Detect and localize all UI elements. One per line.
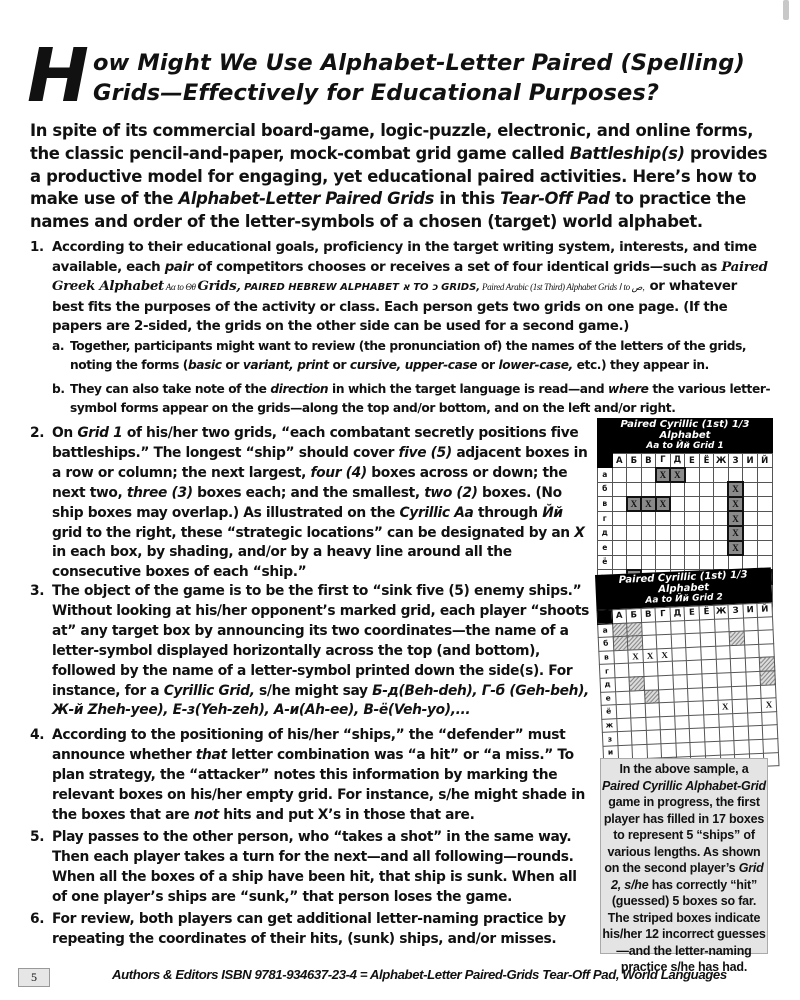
- grid-cell[interactable]: [715, 632, 730, 646]
- column-header: Й: [757, 603, 772, 617]
- column-header: Й: [757, 454, 772, 468]
- grid-cell[interactable]: [685, 620, 700, 634]
- grid-cell[interactable]: X: [728, 526, 743, 541]
- grid-cell[interactable]: [685, 555, 700, 570]
- row-header: е: [601, 691, 616, 705]
- step-text: of competitors chooses or receives a set…: [193, 260, 721, 275]
- step-text: Play passes to the other person, who “ta…: [52, 829, 577, 905]
- grid-cell[interactable]: [699, 555, 714, 570]
- grid-cell[interactable]: [627, 482, 642, 497]
- row-header: з: [602, 732, 617, 746]
- grid-cell[interactable]: [641, 555, 656, 570]
- step-text: or: [329, 358, 350, 372]
- grid-cell[interactable]: [627, 526, 642, 541]
- grid-cell[interactable]: [688, 687, 703, 701]
- row-header: г: [598, 511, 613, 526]
- grid-cell[interactable]: [763, 739, 778, 753]
- grid-cell[interactable]: [704, 714, 719, 728]
- grid-cell[interactable]: [730, 645, 745, 659]
- grid-1-header: Paired Cyrillic (1st) 1/3 Alphabet Аа to…: [597, 418, 773, 453]
- grid-cell[interactable]: [690, 728, 705, 742]
- grid-cell[interactable]: [685, 511, 700, 526]
- emphasis: Grid 1: [77, 425, 122, 441]
- emphasis: five (5): [399, 445, 452, 461]
- grid-cell[interactable]: [763, 725, 778, 739]
- arabic-grid-name: Paired Arabic (1st Third) Alphabet Grids…: [480, 282, 645, 292]
- grid-cell[interactable]: [612, 497, 627, 512]
- step-1a: a. Together, participants might want to …: [52, 337, 772, 375]
- grid-cell[interactable]: [613, 650, 628, 664]
- emphasis: not: [194, 807, 219, 823]
- grid-cell[interactable]: [686, 633, 701, 647]
- grid-cell[interactable]: [687, 660, 702, 674]
- grid-cell[interactable]: [734, 740, 749, 754]
- column-header: В: [641, 608, 656, 622]
- grid-cell[interactable]: X: [728, 482, 743, 497]
- grid-cell[interactable]: [672, 661, 687, 675]
- grid-cell[interactable]: [743, 468, 758, 483]
- grid-cell[interactable]: [630, 690, 645, 704]
- step-1b: b. They can also take note of the direct…: [52, 380, 772, 418]
- emphasis: two (2): [424, 485, 477, 501]
- step-1: 1. According to their educational goals,…: [30, 238, 770, 337]
- step-text: The object of the game is to be the firs…: [52, 583, 589, 699]
- grid-cell[interactable]: [703, 700, 718, 714]
- row-header: д: [600, 678, 615, 692]
- step-text: through: [474, 505, 543, 521]
- step-text: in each box, by shading, and/or by a hea…: [52, 544, 512, 580]
- grid-cell[interactable]: [743, 526, 758, 541]
- grid-cell[interactable]: [656, 621, 671, 635]
- grid-cell[interactable]: [656, 541, 671, 556]
- sample-caption-box: In the above sample, a Paired Cyrillic A…: [600, 758, 768, 954]
- grid-cell[interactable]: [672, 647, 687, 661]
- grid-cell[interactable]: [641, 468, 656, 483]
- grid-cell[interactable]: [612, 468, 627, 483]
- grid-cell[interactable]: [673, 688, 688, 702]
- grid-cell[interactable]: [615, 677, 630, 691]
- grid-cell[interactable]: [757, 497, 772, 512]
- grid-cell[interactable]: [675, 729, 690, 743]
- step-number: b.: [52, 380, 65, 399]
- grid-cell[interactable]: X: [728, 497, 743, 512]
- grid-cell[interactable]: [761, 684, 776, 698]
- grid-cell[interactable]: [757, 541, 772, 556]
- emphasis: three (3): [127, 485, 193, 501]
- grid-cell[interactable]: [616, 704, 631, 718]
- grid-cell[interactable]: [757, 526, 772, 541]
- grid-cell[interactable]: X: [643, 649, 658, 663]
- grid-cell[interactable]: [733, 726, 748, 740]
- grid-cell[interactable]: [732, 686, 747, 700]
- column-header: Ж: [714, 454, 729, 468]
- step-number: 2.: [30, 424, 44, 444]
- step-6: 6. For review, both players can get addi…: [30, 910, 590, 950]
- column-header: Г: [656, 454, 671, 468]
- step-3: 3. The object of the game is to be the f…: [30, 582, 590, 721]
- grid-cell[interactable]: [612, 482, 627, 497]
- grid-cell[interactable]: [641, 511, 656, 526]
- caption-emphasis: Paired Cyrillic Alphabet-Grid: [602, 779, 766, 793]
- grid-cell[interactable]: [714, 497, 729, 512]
- row-header: ё: [601, 705, 616, 719]
- emphasis: four (4): [311, 465, 367, 481]
- step-text: hits and put X’s in those that are.: [219, 807, 475, 823]
- grid-cell[interactable]: [758, 630, 773, 644]
- emphasis: Йй: [542, 505, 563, 521]
- grid-cell[interactable]: [718, 713, 733, 727]
- pad-name-term: Tear-Off Pad: [500, 189, 610, 208]
- caption-text: In the above sample, a: [620, 762, 749, 776]
- column-header: Е: [685, 454, 700, 468]
- column-header: Ё: [699, 454, 714, 468]
- grid-cell[interactable]: [743, 541, 758, 556]
- step-text: s/he might say: [255, 683, 373, 699]
- grid-cell[interactable]: X: [628, 649, 643, 663]
- column-header: Е: [684, 606, 699, 620]
- column-header: Б: [627, 454, 642, 468]
- grid-cell[interactable]: [612, 511, 627, 526]
- grid-cell[interactable]: [661, 729, 676, 743]
- grid-cell[interactable]: [644, 676, 659, 690]
- grid-cell[interactable]: [629, 663, 644, 677]
- emphasis: basic: [188, 358, 222, 372]
- grid-cell[interactable]: [704, 728, 719, 742]
- grid-cell[interactable]: [690, 742, 705, 756]
- scrollbar-thumb[interactable]: [783, 0, 789, 20]
- column-header: В: [641, 454, 656, 468]
- emphasis: where: [608, 382, 648, 396]
- grid-cell[interactable]: [612, 623, 627, 637]
- grid-cell[interactable]: [714, 511, 729, 526]
- drop-cap: H: [27, 36, 89, 116]
- grid-cell[interactable]: [699, 511, 714, 526]
- grid-cell[interactable]: [762, 711, 777, 725]
- row-header: б: [598, 637, 613, 651]
- grid-cell[interactable]: [641, 482, 656, 497]
- grid-cell[interactable]: [631, 717, 646, 731]
- grid-cell[interactable]: [613, 636, 628, 650]
- grid-cell[interactable]: [642, 635, 657, 649]
- grid-cell[interactable]: [757, 511, 772, 526]
- grid-cell[interactable]: [670, 620, 685, 634]
- column-header: И: [743, 603, 758, 617]
- grid-cell[interactable]: X: [728, 541, 743, 556]
- column-header: Б: [626, 609, 641, 623]
- grid-cell[interactable]: [670, 541, 685, 556]
- grid-subtitle: Аа to Йй Grid 1: [597, 441, 773, 452]
- intro-text: in this: [434, 189, 500, 208]
- grid-cell[interactable]: [715, 645, 730, 659]
- grid-cell[interactable]: [661, 743, 676, 757]
- grid-cell[interactable]: [757, 468, 772, 483]
- row-header: д: [598, 526, 613, 541]
- grid-cell[interactable]: [717, 673, 732, 687]
- step-text: or: [477, 358, 498, 372]
- row-header: ж: [602, 718, 617, 732]
- grid-cell[interactable]: [719, 741, 734, 755]
- grid-cell[interactable]: [714, 618, 729, 632]
- title-line-2: Grids—Effectively for Educational Purpos…: [93, 80, 659, 106]
- grid-cell[interactable]: [659, 702, 674, 716]
- grid-cell[interactable]: [658, 675, 673, 689]
- grid-cell[interactable]: [659, 689, 674, 703]
- grid-cell[interactable]: [746, 671, 761, 685]
- grid-cell[interactable]: [645, 717, 660, 731]
- grid-cell[interactable]: [714, 526, 729, 541]
- grid-cell[interactable]: [689, 715, 704, 729]
- grid-cell[interactable]: [670, 555, 685, 570]
- grid-cell[interactable]: [632, 744, 647, 758]
- grid-cell[interactable]: [699, 482, 714, 497]
- grid-cell[interactable]: [744, 631, 759, 645]
- grid-cell[interactable]: [730, 658, 745, 672]
- emphasis: cursive, upper-case: [350, 358, 477, 372]
- grid-cell[interactable]: [700, 633, 715, 647]
- grid-cell[interactable]: [744, 644, 759, 658]
- step-5: 5. Play passes to the other person, who …: [30, 828, 590, 908]
- grid-cell[interactable]: [641, 526, 656, 541]
- battleship-term: Battleship(s): [570, 144, 685, 163]
- column-header: Д: [670, 454, 685, 468]
- grid-cell[interactable]: X: [627, 497, 642, 512]
- grid-cell[interactable]: [687, 674, 702, 688]
- grid-cell[interactable]: [627, 555, 642, 570]
- grid-title: Paired Cyrillic (1st) 1/3 Alphabet: [597, 419, 773, 441]
- grid-cell[interactable]: [745, 658, 760, 672]
- emphasis: Cyrillic Grid,: [164, 683, 255, 699]
- grid-cell[interactable]: [674, 702, 689, 716]
- column-header: З: [728, 454, 743, 468]
- grid-2-table: АБВГДЕЁЖЗИЙабвXXXгдеёXXжзий: [597, 602, 780, 774]
- grid-cell[interactable]: [705, 741, 720, 755]
- grid-cell[interactable]: [719, 727, 734, 741]
- grid-cell[interactable]: [614, 663, 629, 677]
- grid-cell[interactable]: [728, 468, 743, 483]
- step-number: a.: [52, 337, 64, 356]
- grid-cell[interactable]: [656, 555, 671, 570]
- step-text: grid to the right, these “strategic loca…: [52, 525, 574, 541]
- footer-citation: Authors & Editors ISBN 9781-934637-23-4 …: [112, 967, 727, 982]
- grid-cell[interactable]: [630, 704, 645, 718]
- step-number: 6.: [30, 910, 44, 930]
- grid-cell[interactable]: [644, 689, 659, 703]
- column-header: Ж: [714, 605, 729, 619]
- grid-cell[interactable]: [716, 659, 731, 673]
- grid-cell[interactable]: [641, 541, 656, 556]
- grid-cell[interactable]: [617, 731, 632, 745]
- grid-cell[interactable]: [699, 541, 714, 556]
- step-text: boxes each; and the smallest,: [193, 485, 425, 501]
- grid-cell[interactable]: [743, 482, 758, 497]
- grid-cell[interactable]: [641, 621, 656, 635]
- grid-cell[interactable]: [699, 526, 714, 541]
- grid-2: Paired Cyrillic (1st) 1/3 Alphabet Аа to…: [595, 567, 780, 774]
- grid-cell[interactable]: [760, 671, 775, 685]
- grid-cell[interactable]: [673, 675, 688, 689]
- grid-cell[interactable]: [685, 541, 700, 556]
- grid-cell[interactable]: [733, 713, 748, 727]
- grid-cell[interactable]: [612, 555, 627, 570]
- grid-cell[interactable]: [731, 672, 746, 686]
- step-number: 5.: [30, 828, 44, 848]
- greek-grids-label: Grids,: [198, 278, 241, 294]
- grid-cell[interactable]: [729, 631, 744, 645]
- column-header: З: [728, 604, 743, 618]
- grid-cell[interactable]: [645, 703, 660, 717]
- grid-cell[interactable]: [643, 662, 658, 676]
- grid-cell[interactable]: [658, 662, 673, 676]
- grid-cell[interactable]: [717, 686, 732, 700]
- emphasis: lower-case,: [498, 358, 572, 372]
- greek-range: Αα to Θθ: [164, 282, 198, 292]
- step-4: 4. According to the positioning of his/h…: [30, 726, 590, 826]
- grid-cell[interactable]: [675, 715, 690, 729]
- grid-cell[interactable]: [689, 701, 704, 715]
- grid-cell[interactable]: [703, 687, 718, 701]
- row-header: а: [598, 468, 613, 483]
- step-text: etc.) they appear in.: [573, 358, 709, 372]
- grid-cell[interactable]: [670, 497, 685, 512]
- grid-cell[interactable]: [615, 691, 630, 705]
- column-header: И: [743, 454, 758, 468]
- grid-cell[interactable]: [729, 618, 744, 632]
- grid-cell[interactable]: X: [656, 468, 671, 483]
- page-title: H ow Might We Use Alphabet-Letter Paired…: [27, 40, 767, 120]
- grid-cell[interactable]: [670, 511, 685, 526]
- grid-cell[interactable]: [699, 497, 714, 512]
- grid-cell[interactable]: [685, 482, 700, 497]
- grid-cell[interactable]: [747, 712, 762, 726]
- page-number: 5: [18, 968, 50, 987]
- emphasis: that: [196, 747, 227, 763]
- emphasis: variant, print: [243, 358, 329, 372]
- grid-cell[interactable]: [656, 511, 671, 526]
- column-header: Г: [655, 607, 670, 621]
- column-header: Д: [670, 607, 685, 621]
- column-header: А: [612, 454, 627, 468]
- grid-cell[interactable]: [685, 497, 700, 512]
- grid-cell[interactable]: [656, 526, 671, 541]
- grid-cell[interactable]: [747, 699, 762, 713]
- grid-cell[interactable]: [743, 511, 758, 526]
- emphasis: Cyrillic Аа: [400, 505, 474, 521]
- step-text: They can also take note of the: [70, 382, 270, 396]
- step-text: in which the target language is read—and: [328, 382, 608, 396]
- grid-cell[interactable]: [647, 744, 662, 758]
- grid-cell[interactable]: X: [761, 698, 776, 712]
- grid-cell[interactable]: [646, 730, 661, 744]
- grid-cell[interactable]: [685, 468, 700, 483]
- row-header: б: [598, 482, 613, 497]
- grid-cell[interactable]: [749, 739, 764, 753]
- grid-cell[interactable]: [728, 555, 743, 570]
- grid-cell[interactable]: [629, 676, 644, 690]
- grid-cell[interactable]: [714, 468, 729, 483]
- grid-cell[interactable]: [612, 526, 627, 541]
- grid-cell[interactable]: X: [657, 648, 672, 662]
- grid-cell[interactable]: [616, 718, 631, 732]
- grid-cell[interactable]: [686, 647, 701, 661]
- step-text: For review, both players can get additio…: [52, 911, 566, 947]
- intro-paragraph: In spite of its commercial board-game, l…: [30, 120, 770, 234]
- grid-cell[interactable]: [670, 526, 685, 541]
- row-header: е: [598, 541, 613, 556]
- row-header: в: [599, 651, 614, 665]
- grid-cell[interactable]: [627, 636, 642, 650]
- grid-cell[interactable]: [701, 660, 716, 674]
- grid-cell[interactable]: [699, 468, 714, 483]
- grid-cell[interactable]: [746, 685, 761, 699]
- grid-cell[interactable]: [714, 541, 729, 556]
- grid-cell[interactable]: [627, 541, 642, 556]
- grid-cell[interactable]: [743, 617, 758, 631]
- grid-corner: [598, 454, 613, 468]
- row-header: ё: [598, 555, 613, 570]
- grid-cell[interactable]: [627, 622, 642, 636]
- step-text: On: [52, 425, 77, 441]
- grid-cell[interactable]: [732, 699, 747, 713]
- emphasis: X: [574, 525, 584, 541]
- hebrew-grid-name: PAIRED HEBREW ALPHABET א TO כ GRIDS,: [241, 282, 481, 293]
- grid-cell[interactable]: [632, 731, 647, 745]
- column-header: Ё: [699, 605, 714, 619]
- step-number: 1.: [30, 238, 44, 258]
- row-header: а: [598, 623, 613, 637]
- step-number: 4.: [30, 726, 44, 746]
- emphasis: direction: [270, 382, 328, 396]
- grid-cell[interactable]: [671, 634, 686, 648]
- grid-cell[interactable]: [760, 657, 775, 671]
- grid-cell[interactable]: [676, 742, 691, 756]
- grid-cell[interactable]: [627, 468, 642, 483]
- grid-cell[interactable]: [685, 526, 700, 541]
- grid-cell[interactable]: [612, 541, 627, 556]
- grid-cell[interactable]: X: [670, 468, 685, 483]
- grid-cell[interactable]: [748, 726, 763, 740]
- row-header: г: [599, 664, 614, 678]
- grid-cell[interactable]: X: [728, 511, 743, 526]
- grid-cell[interactable]: [660, 716, 675, 730]
- grid-cell[interactable]: [714, 482, 729, 497]
- grid-cell[interactable]: [758, 616, 773, 630]
- grid-cell[interactable]: X: [718, 700, 733, 714]
- grid-cell[interactable]: [670, 482, 685, 497]
- step-text: or: [222, 358, 243, 372]
- grid-corner: [597, 610, 612, 624]
- grid-cell[interactable]: X: [656, 497, 671, 512]
- step-number: 3.: [30, 582, 44, 602]
- grid-cell[interactable]: [701, 646, 716, 660]
- grid-cell[interactable]: [743, 497, 758, 512]
- step-2: 2. On Grid 1 of his/her two grids, “each…: [30, 424, 590, 583]
- grid-cell[interactable]: [700, 619, 715, 633]
- emphasis: pair: [165, 260, 193, 275]
- grid-cell[interactable]: [627, 511, 642, 526]
- grid-cell[interactable]: [656, 634, 671, 648]
- grid-cell[interactable]: X: [641, 497, 656, 512]
- grids-name-term: Alphabet-Letter Paired Grids: [179, 189, 435, 208]
- row-header: в: [598, 497, 613, 512]
- grid-cell[interactable]: [714, 555, 729, 570]
- grid-cell[interactable]: [759, 644, 774, 658]
- title-line-1: ow Might We Use Alphabet-Letter Paired (…: [93, 50, 745, 76]
- grid-cell[interactable]: [702, 673, 717, 687]
- column-header: А: [612, 609, 627, 623]
- grid-cell[interactable]: [757, 482, 772, 497]
- grid-cell[interactable]: [656, 482, 671, 497]
